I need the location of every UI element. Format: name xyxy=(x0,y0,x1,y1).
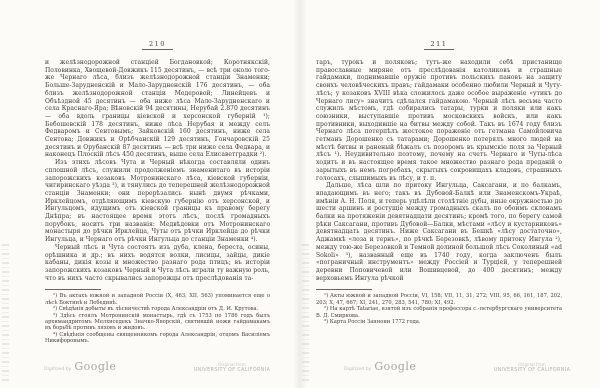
page-number-left: 210 xyxy=(142,40,173,50)
margin-annotation-noise xyxy=(302,244,309,384)
library-stamp: Original from UNIVERSITY OF CALIFORNIA xyxy=(182,362,282,373)
body-text-right: таръ, турокъ и поляковъ; тутъ-же находил… xyxy=(316,59,562,282)
paragraph: и желѣзнодорожной станціей Богдановкой; … xyxy=(45,59,270,159)
institution-label: UNIVERSITY OF CALIFORNIA xyxy=(482,368,582,373)
margin-annotation-noise xyxy=(2,244,9,384)
footnote: ²) Свѣдѣнія добыты въ лѣсничествѣ города… xyxy=(45,306,270,312)
google-logo: Google xyxy=(74,360,116,373)
paragraph: таръ, турокъ и поляковъ; тутъ-же находил… xyxy=(316,59,562,182)
footnote: ²) На картѣ Tatariae, взятой изъ собрані… xyxy=(316,306,562,319)
page-number-right: 211 xyxy=(424,40,455,50)
page-left: 210 и желѣзнодорожной станціей Богдановк… xyxy=(0,0,300,388)
footnotes-right: ¹) Акты южной и западной Россіи, VI, 158… xyxy=(316,293,562,325)
original-from-label: Original from xyxy=(182,362,282,367)
footnotes-left: ¹) Въ актахъ южной и западной Россіи (X,… xyxy=(45,293,270,344)
digitized-by-label: Digitized by xyxy=(44,367,71,372)
paragraph: Дальше, лѣса шли по притоку Ингульца, Са… xyxy=(316,182,562,282)
google-watermark: Digitized byGoogle xyxy=(344,355,416,374)
google-watermark: Digitized byGoogle xyxy=(44,355,116,374)
stamp-row-right: Digitized byGoogle Original from UNIVERS… xyxy=(300,354,600,376)
paragraph: Изъ этихъ лѣсовъ Чута и Черный нѣкогда с… xyxy=(45,159,270,244)
library-stamp: Original from UNIVERSITY OF CALIFORNIA xyxy=(482,362,582,373)
book-scan: 210 и желѣзнодорожной станціей Богдановк… xyxy=(0,0,600,388)
digitized-by-label: Digitized by xyxy=(344,367,371,372)
page-header-right: 211 xyxy=(316,0,562,50)
footnote: ⁴) Свѣдѣнія сообщены священникомъ города… xyxy=(45,332,270,345)
footnote-separator xyxy=(316,289,372,290)
body-text-left: и желѣзнодорожной станціей Богдановкой; … xyxy=(45,59,270,282)
page-right: 211 таръ, турокъ и поляковъ; тутъ-же нах… xyxy=(300,0,600,388)
footnote: ³) Здѣсь стоялъ Мотронинскій монастырь, … xyxy=(45,313,270,332)
google-logo: Google xyxy=(374,360,416,373)
institution-label: UNIVERSITY OF CALIFORNIA xyxy=(182,368,282,373)
footnote: ¹) Въ актахъ южной и западной Россіи (X,… xyxy=(45,293,270,306)
original-from-label: Original from xyxy=(482,362,582,367)
stamp-row-left: Digitized byGoogle Original from UNIVERS… xyxy=(0,354,300,376)
footnote: ³) Карта Россіи Заннони 1772 года. xyxy=(316,319,562,325)
page-header-left: 210 xyxy=(45,0,270,50)
footnote: ¹) Акты южной и западной Россіи, VI, 158… xyxy=(316,293,562,306)
paragraph: Черный лѣсъ и Чута состоятъ изъ дуба, кл… xyxy=(45,244,270,283)
footnote-separator xyxy=(45,289,101,290)
